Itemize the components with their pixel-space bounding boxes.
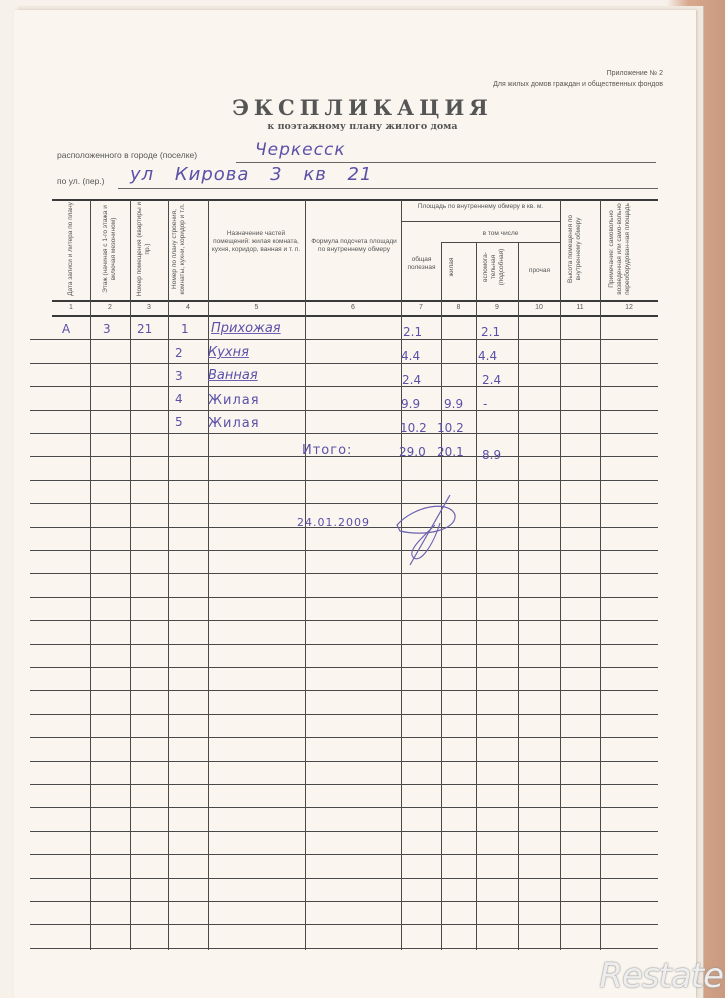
row-line	[30, 503, 658, 504]
appendix-header: Приложение № 2 Для жилых домов граждан и…	[493, 68, 663, 90]
row1-c2: 3	[103, 322, 111, 336]
row4-c5: Жилая	[208, 393, 260, 408]
street-label: по ул. (пер.)	[57, 176, 105, 186]
col-divider	[600, 200, 601, 950]
row-line	[30, 620, 658, 621]
row5-c5: Жилая	[208, 416, 260, 431]
row-line	[30, 386, 658, 387]
city-label: расположенного в городе (поселке)	[57, 150, 197, 160]
row1-c4: 1	[181, 322, 189, 336]
header-c2: Этаж (начиная с 1-го этажа и включая мез…	[102, 200, 136, 298]
row-line	[30, 807, 658, 808]
row-line	[30, 644, 658, 645]
row-line	[30, 901, 658, 902]
total-label: Итого:	[302, 443, 352, 458]
row-line	[30, 597, 658, 598]
row3-c4: 3	[175, 369, 183, 383]
row-line	[30, 480, 658, 481]
row3-c5: Ванная	[208, 368, 258, 383]
row2-c4: 2	[175, 346, 183, 360]
row-line	[30, 410, 658, 411]
row2-c9: 4.4	[478, 349, 497, 363]
header-c5: Назначение частей помещений: жилая комна…	[211, 230, 301, 254]
row1-c3: 21	[137, 322, 152, 336]
city-underline	[236, 162, 656, 163]
colnum-4: 4	[168, 304, 208, 311]
row4-c7: 9.9	[401, 397, 420, 411]
row1-c9: 2.1	[481, 325, 500, 339]
header-area-group: Площадь по внутреннему обмеру в кв. м.	[403, 203, 558, 211]
appendix-number: Приложение № 2	[493, 68, 663, 79]
row5-c4: 5	[175, 415, 183, 429]
header-bottom-border	[52, 300, 658, 302]
row-line	[30, 573, 658, 574]
appendix-note: Для жилых домов граждан и общественных ф…	[493, 79, 663, 90]
row5-c8: 10.2	[437, 421, 464, 435]
total-c8: 20.1	[437, 445, 464, 459]
street-value: ул Кирова 3 кв 21	[130, 164, 372, 185]
row-line	[30, 784, 658, 785]
header-c3: Номер помещения (квартиры и пр.)	[136, 200, 162, 298]
row-line	[30, 550, 658, 551]
total-c9: 8.9	[482, 448, 501, 462]
col-divider	[560, 200, 561, 950]
col-divider	[401, 200, 402, 950]
header-c7: общая полезная	[403, 256, 440, 272]
city-value: Черкесск	[255, 140, 346, 160]
row3-c7: 2.4	[402, 373, 421, 387]
row-line	[30, 690, 658, 691]
document-subtitle: к поэтажному плану жилого дома	[0, 121, 725, 132]
restate-watermark: Restate	[599, 956, 723, 996]
colnum-2: 2	[90, 304, 130, 311]
document-title: ЭКСПЛИКАЦИЯ	[0, 95, 725, 120]
row4-c8: 9.9	[444, 397, 463, 411]
street-underline	[118, 188, 658, 189]
col-divider	[168, 200, 169, 950]
row-line	[30, 339, 658, 340]
colnum-6: 6	[305, 304, 401, 311]
row-line	[30, 714, 658, 715]
colnum-9: 9	[476, 304, 518, 311]
row3-c9: 2.4	[482, 373, 501, 387]
row4-c4: 4	[175, 392, 183, 406]
header-c11: Высота помещения по внутреннему обмеру	[567, 200, 593, 298]
row-line	[30, 363, 658, 364]
area-group-divider	[402, 221, 560, 222]
row-line	[30, 854, 658, 855]
header-c9: вспомога-тельная (подсобная)	[482, 240, 508, 294]
colnum-7: 7	[401, 304, 441, 311]
colnum-11: 11	[560, 304, 600, 311]
colnum-10: 10	[518, 304, 560, 311]
row-line	[30, 924, 658, 925]
row4-c9: -	[483, 397, 487, 411]
total-c7: 29.0	[399, 445, 426, 459]
header-c12: Примечание: самовольно возведенная или с…	[608, 200, 650, 298]
col-divider	[130, 200, 131, 950]
header-c6: Формула подсчета площади по внутреннему …	[310, 238, 398, 254]
row5-c7: 10.2	[400, 421, 427, 435]
header-incl: в том числе	[443, 230, 558, 238]
row1-c7: 2.1	[403, 325, 422, 339]
header-c1: Дата записи и литера по плану	[67, 200, 93, 298]
row-line	[30, 831, 658, 832]
col-divider	[90, 200, 91, 950]
header-c8: жилая	[448, 242, 458, 292]
header-c4: Номер по плану строения, комнаты, кухни,…	[171, 200, 205, 298]
row-line	[30, 948, 658, 949]
colnum-bottom-border	[52, 315, 658, 317]
row2-c7: 4.4	[401, 349, 420, 363]
record-date: 24.01.2009	[297, 516, 370, 529]
col-divider	[208, 200, 209, 950]
row1-c1: А	[62, 322, 70, 336]
colnum-12: 12	[600, 304, 658, 311]
col-divider	[305, 200, 306, 950]
colnum-3: 3	[130, 304, 168, 311]
row-line	[30, 737, 658, 738]
colnum-5: 5	[208, 304, 305, 311]
header-c10: прочая	[520, 267, 559, 275]
row2-c5: Кухня	[208, 345, 249, 360]
row-line	[30, 761, 658, 762]
signature	[395, 495, 465, 570]
row-line	[30, 667, 658, 668]
row1-c5: Прихожая	[211, 321, 281, 336]
row-line	[30, 878, 658, 879]
colnum-1: 1	[52, 304, 90, 311]
colnum-8: 8	[441, 304, 476, 311]
row-line	[30, 433, 658, 434]
